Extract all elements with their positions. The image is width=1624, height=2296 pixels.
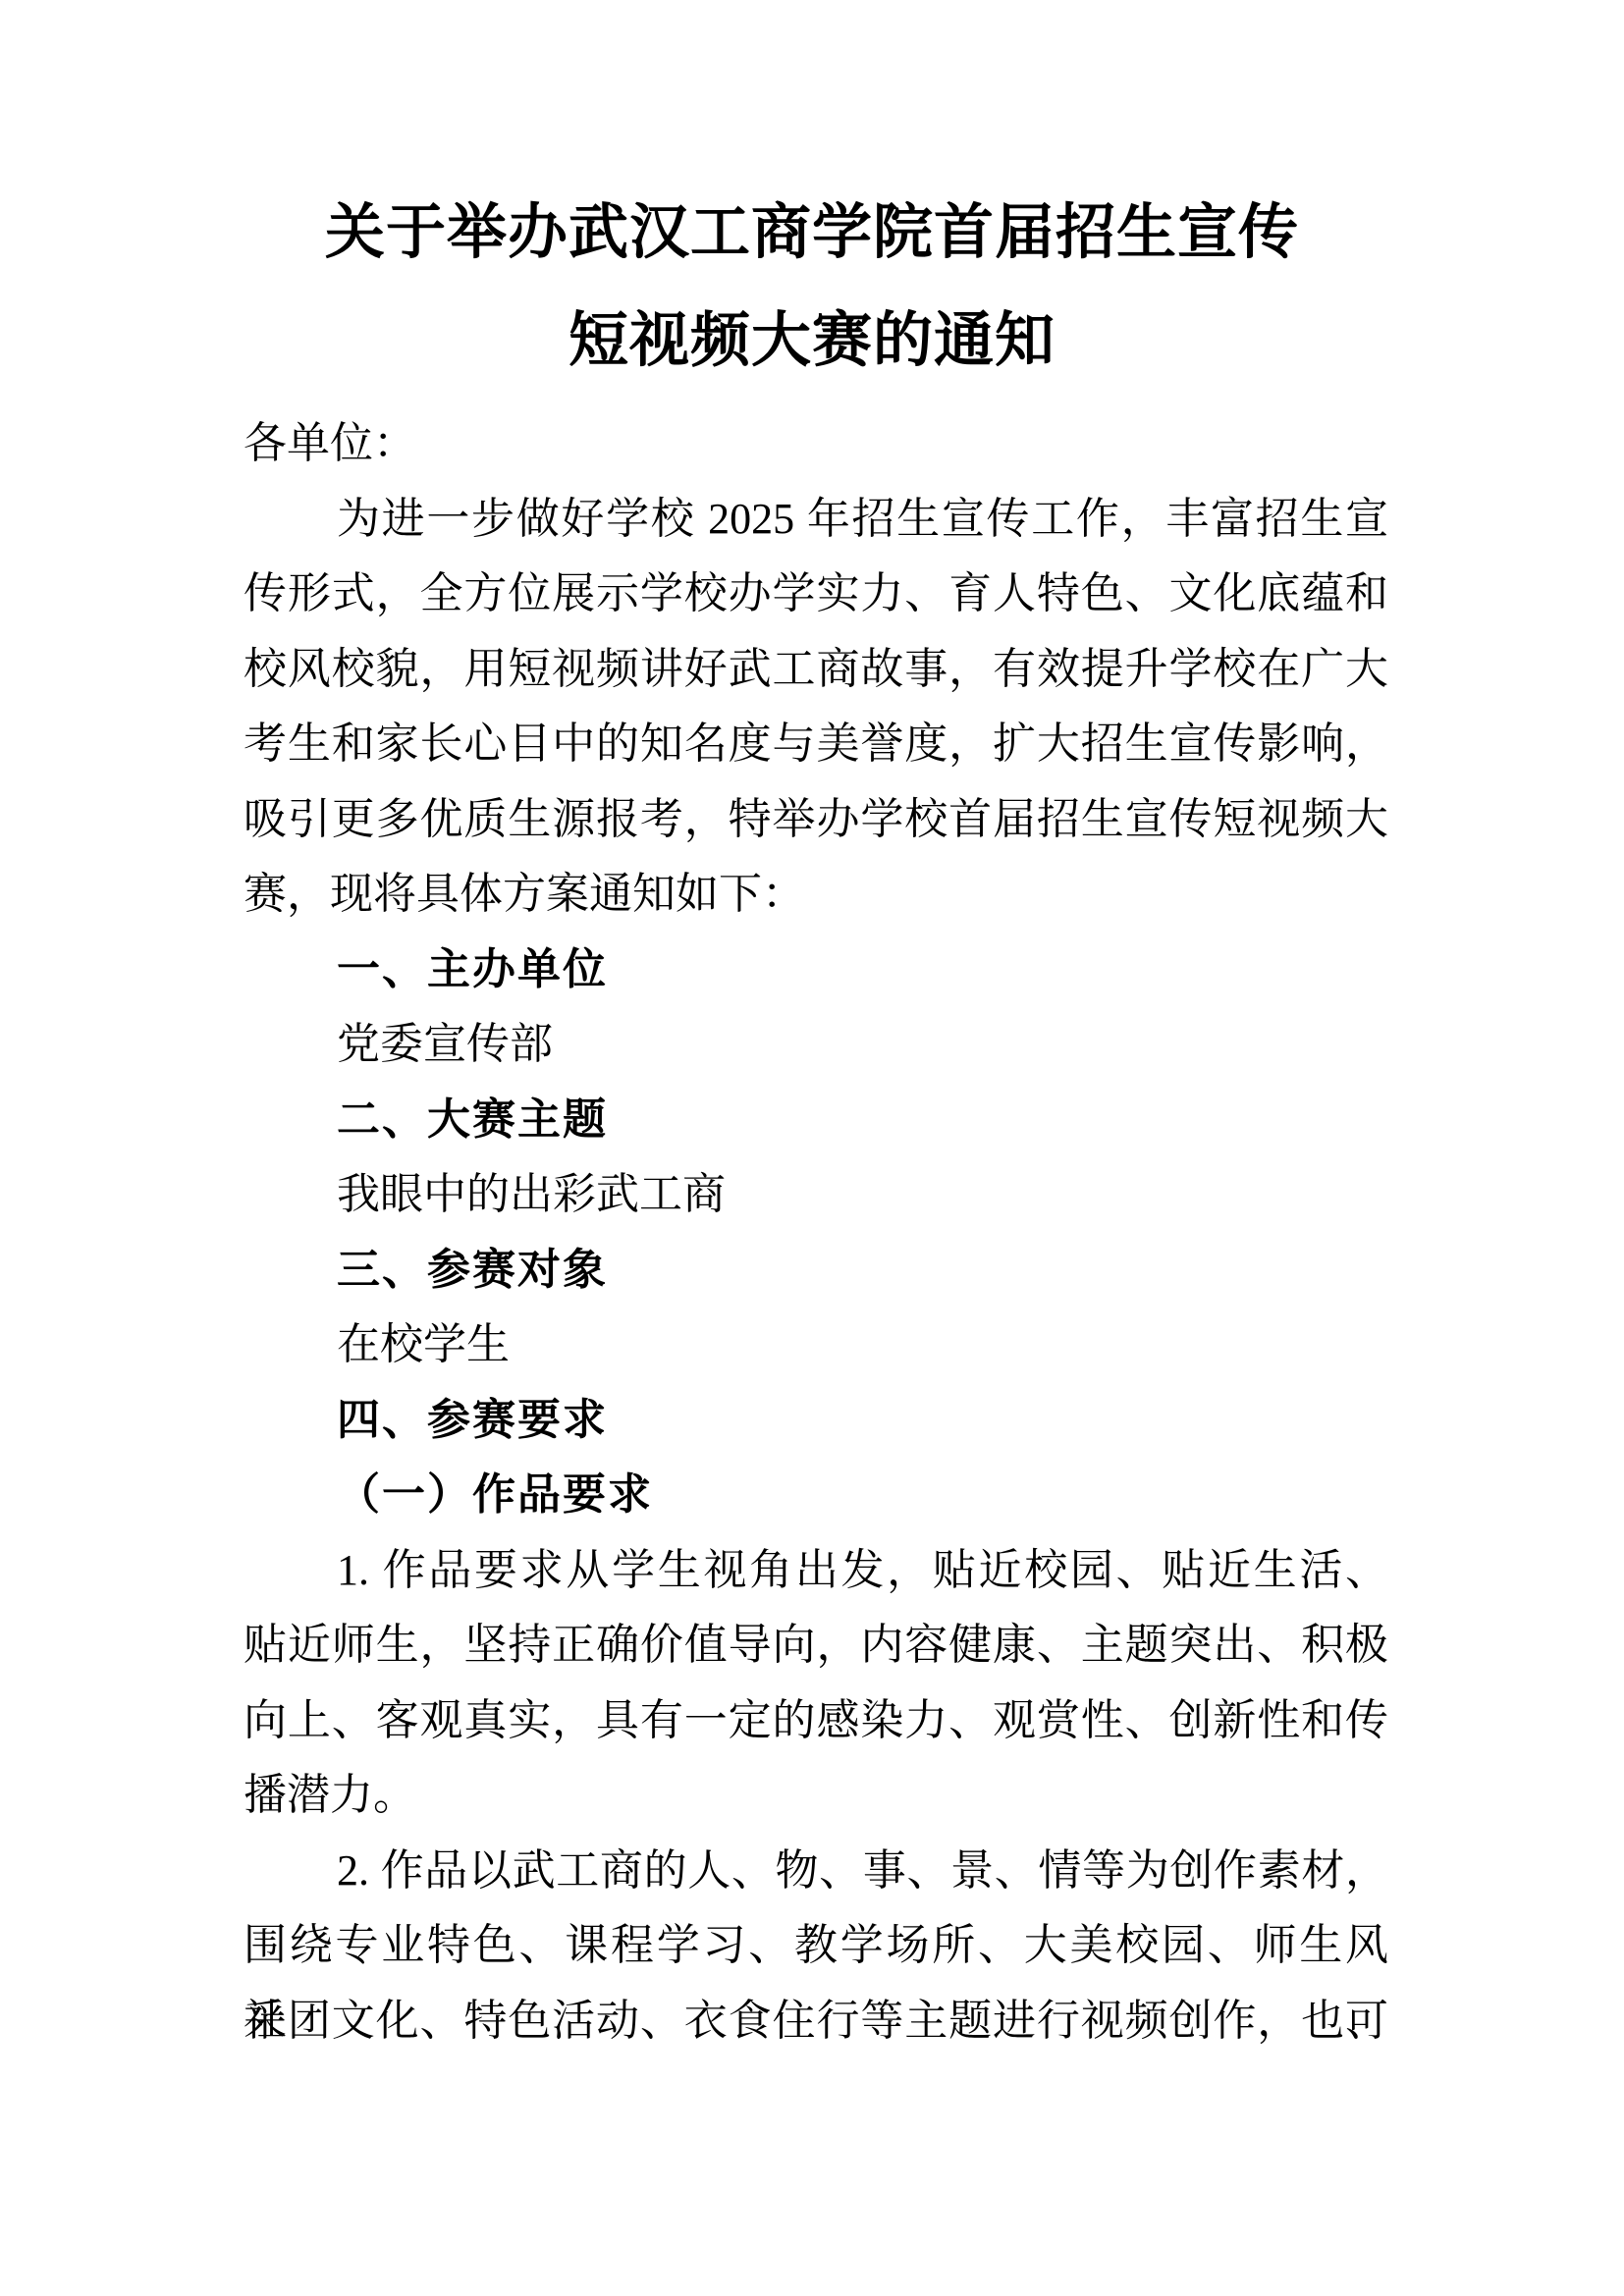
- item1-line: 向上、客观真实，具有一定的感染力、观赏性、创新性和传: [244, 1683, 1388, 1759]
- document-body: 各单位： 为进一步做好学校 2025 年招生宣传工作，丰富招生宣 传形式，全方位…: [0, 406, 1388, 2058]
- item2-line: 社团文化、特色活动、衣食住行等主题进行视频创作，也可: [244, 1984, 1388, 2059]
- document-title: 关于举办武汉工商学院首届招生宣传 短视频大赛的通知: [0, 0, 1624, 396]
- intro-line: 赛，现将具体方案通知如下：: [244, 857, 1388, 933]
- title-line-2: 短视频大赛的通知: [0, 288, 1624, 396]
- section-content-1: 党委宣传部: [244, 1007, 1388, 1083]
- intro-line: 校风校貌，用短视频讲好武工商故事，有效提升学校在广大: [244, 632, 1388, 708]
- intro-line: 吸引更多优质生源报考，特举办学校首届招生宣传短视频大: [244, 782, 1388, 858]
- item1-line: 贴近师生，坚持正确价值导向，内容健康、主题突出、积极: [244, 1608, 1388, 1683]
- section-heading-1: 一、主办单位: [244, 933, 1388, 1008]
- document-page: 关于举办武汉工商学院首届招生宣传 短视频大赛的通知 各单位： 为进一步做好学校 …: [0, 0, 1624, 2296]
- section-heading-2: 二、大赛主题: [244, 1083, 1388, 1158]
- section-heading-4: 四、参赛要求: [244, 1383, 1388, 1459]
- item1-line: 1. 作品要求从学生视角出发，贴近校园、贴近生活、: [244, 1533, 1388, 1609]
- title-line-1: 关于举办武汉工商学院首届招生宣传: [0, 180, 1624, 288]
- subsection-heading: （一）作品要求: [244, 1458, 1388, 1533]
- item2-line: 围绕专业特色、课程学习、教学场所、大美校园、师生风采、: [244, 1908, 1388, 1984]
- section-content-2: 我眼中的出彩武工商: [244, 1157, 1388, 1233]
- intro-line: 传形式，全方位展示学校办学实力、育人特色、文化底蕴和: [244, 557, 1388, 632]
- item2-line: 2. 作品以武工商的人、物、事、景、情等为创作素材，: [244, 1834, 1388, 1909]
- intro-line: 为进一步做好学校 2025 年招生宣传工作，丰富招生宣: [244, 482, 1388, 558]
- section-heading-3: 三、参赛对象: [244, 1233, 1388, 1308]
- salutation: 各单位：: [244, 406, 1388, 482]
- intro-line: 考生和家长心目中的知名度与美誉度，扩大招生宣传影响，: [244, 707, 1388, 782]
- item1-line: 播潜力。: [244, 1758, 1388, 1834]
- section-content-3: 在校学生: [244, 1308, 1388, 1383]
